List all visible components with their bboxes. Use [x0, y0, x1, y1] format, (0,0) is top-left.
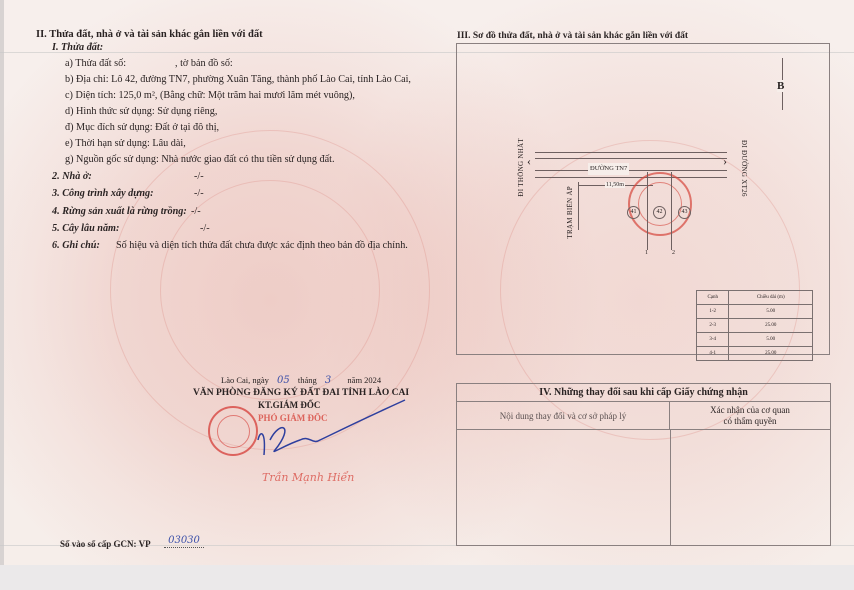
- arrow-right-icon: ›: [723, 155, 727, 167]
- table-header-row: Cạnh Chiều dài (m): [697, 291, 813, 305]
- parcel-number: a) Thửa đất số:: [65, 58, 126, 70]
- section-ii-heading: II. Thửa đất, nhà ở và tài sản khác gắn …: [36, 29, 263, 41]
- forest-value: -/-: [191, 206, 201, 218]
- confirmation-line-2: có thẩm quyền: [670, 416, 830, 427]
- parcel-41: 41: [627, 206, 640, 219]
- place-date: Lào Cai, ngày 05 tháng 3 năm 2024: [221, 374, 381, 387]
- distance-label: 11,50m: [605, 182, 625, 188]
- road-label: ĐƯỜNG TN7: [588, 163, 629, 175]
- length-cell: 5.00: [729, 333, 813, 347]
- length-cell: 25.00: [729, 319, 813, 333]
- certificate-page: II. Thửa đất, nhà ở và tài sản khác gắn …: [0, 0, 854, 590]
- corner-2: 2: [672, 250, 675, 256]
- transformer-line: [578, 182, 579, 230]
- parcel-42: 42: [653, 206, 666, 219]
- section-iii-heading: III. Sơ đồ thửa đất, nhà ở và tài sản kh…: [457, 30, 688, 42]
- edge-cell: 4-1: [697, 347, 729, 361]
- registry-number: 03030: [164, 535, 204, 548]
- signer-name: Trần Mạnh Hiển: [262, 472, 354, 484]
- perennial-value: -/-: [200, 223, 210, 235]
- handwritten-signature: [240, 395, 410, 475]
- forest-label: 4. Rừng sản xuất là rừng trồng:: [52, 206, 187, 218]
- house-value: -/-: [194, 171, 204, 183]
- land-heading: I. Thửa đất:: [52, 42, 103, 54]
- north-label: B: [777, 80, 784, 92]
- road-center: [535, 158, 727, 171]
- changes-content-header: Nội dung thay đổi và cơ sở pháp lý: [457, 402, 670, 430]
- note-label: 6. Ghi chú:: [52, 240, 100, 252]
- table-row: 1-2 5.00: [697, 305, 813, 319]
- table-row: 3-4 5.00: [697, 333, 813, 347]
- confirmation-line-1: Xác nhận của cơ quan: [670, 405, 830, 416]
- scan-bottom-band: [0, 565, 854, 590]
- month-label: tháng: [298, 375, 317, 385]
- edge-cell: 2-3: [697, 319, 729, 333]
- area: c) Diện tích: 125,0 m², (Bằng chữ: Một t…: [65, 90, 355, 102]
- date-month: 3: [325, 375, 331, 386]
- place-date-prefix: Lào Cai, ngày: [221, 375, 269, 385]
- right-direction-label: ĐI ĐƯỜNG XT26: [740, 140, 748, 197]
- map-sheet-number: , tờ bản đồ số:: [175, 58, 233, 70]
- left-direction-label: ĐI THỐNG NHẤT: [517, 138, 525, 197]
- header-length: Chiều dài (m): [729, 291, 813, 305]
- page-edge: [0, 0, 4, 590]
- changes-confirmation-header: Xác nhận của cơ quan có thẩm quyền: [670, 402, 830, 430]
- usage-form: d) Hình thức sử dụng: Sử dụng riêng,: [65, 106, 217, 118]
- length-cell: 25.00: [729, 347, 813, 361]
- header-edge: Cạnh: [697, 291, 729, 305]
- registry-label: Số vào sổ cấp GCN: VP: [60, 538, 151, 550]
- house-label: 2. Nhà ở:: [52, 171, 92, 183]
- arrow-left-icon: ‹: [527, 155, 531, 167]
- table-row: 2-3 25.00: [697, 319, 813, 333]
- edge-length-table: Cạnh Chiều dài (m) 1-2 5.00 2-3 25.00 3-…: [696, 290, 813, 361]
- address: b) Địa chỉ: Lô 42, đường TN7, phường Xuâ…: [65, 74, 411, 86]
- corner-1: 1: [645, 250, 648, 256]
- section-iv-heading: IV. Những thay đổi sau khi cấp Giấy chứn…: [457, 384, 830, 402]
- usage-purpose: đ) Mục đích sử dụng: Đất ở tại đô thị,: [65, 122, 219, 134]
- perennial-label: 5. Cây lâu năm:: [52, 223, 119, 235]
- note-text: Số hiệu và diện tích thửa đất chưa được …: [116, 240, 408, 252]
- column-divider: [670, 430, 671, 545]
- construction-value: -/-: [194, 188, 204, 200]
- changes-table: IV. Những thay đổi sau khi cấp Giấy chứn…: [456, 383, 831, 546]
- parcel-43: 43: [678, 206, 691, 219]
- length-cell: 5.00: [729, 305, 813, 319]
- edge-cell: 3-4: [697, 333, 729, 347]
- usage-origin: g) Nguồn gốc sử dụng: Nhà nước giao đất …: [65, 154, 335, 166]
- year-label: năm 2024: [347, 375, 381, 385]
- usage-term: e) Thời hạn sử dụng: Lâu dài,: [65, 138, 186, 150]
- construction-label: 3. Công trình xây dựng:: [52, 188, 154, 200]
- date-day: 05: [277, 375, 290, 386]
- edge-cell: 1-2: [697, 305, 729, 319]
- table-row: 4-1 25.00: [697, 347, 813, 361]
- transformer-label: TRẠM BIẾN ÁP: [566, 186, 574, 239]
